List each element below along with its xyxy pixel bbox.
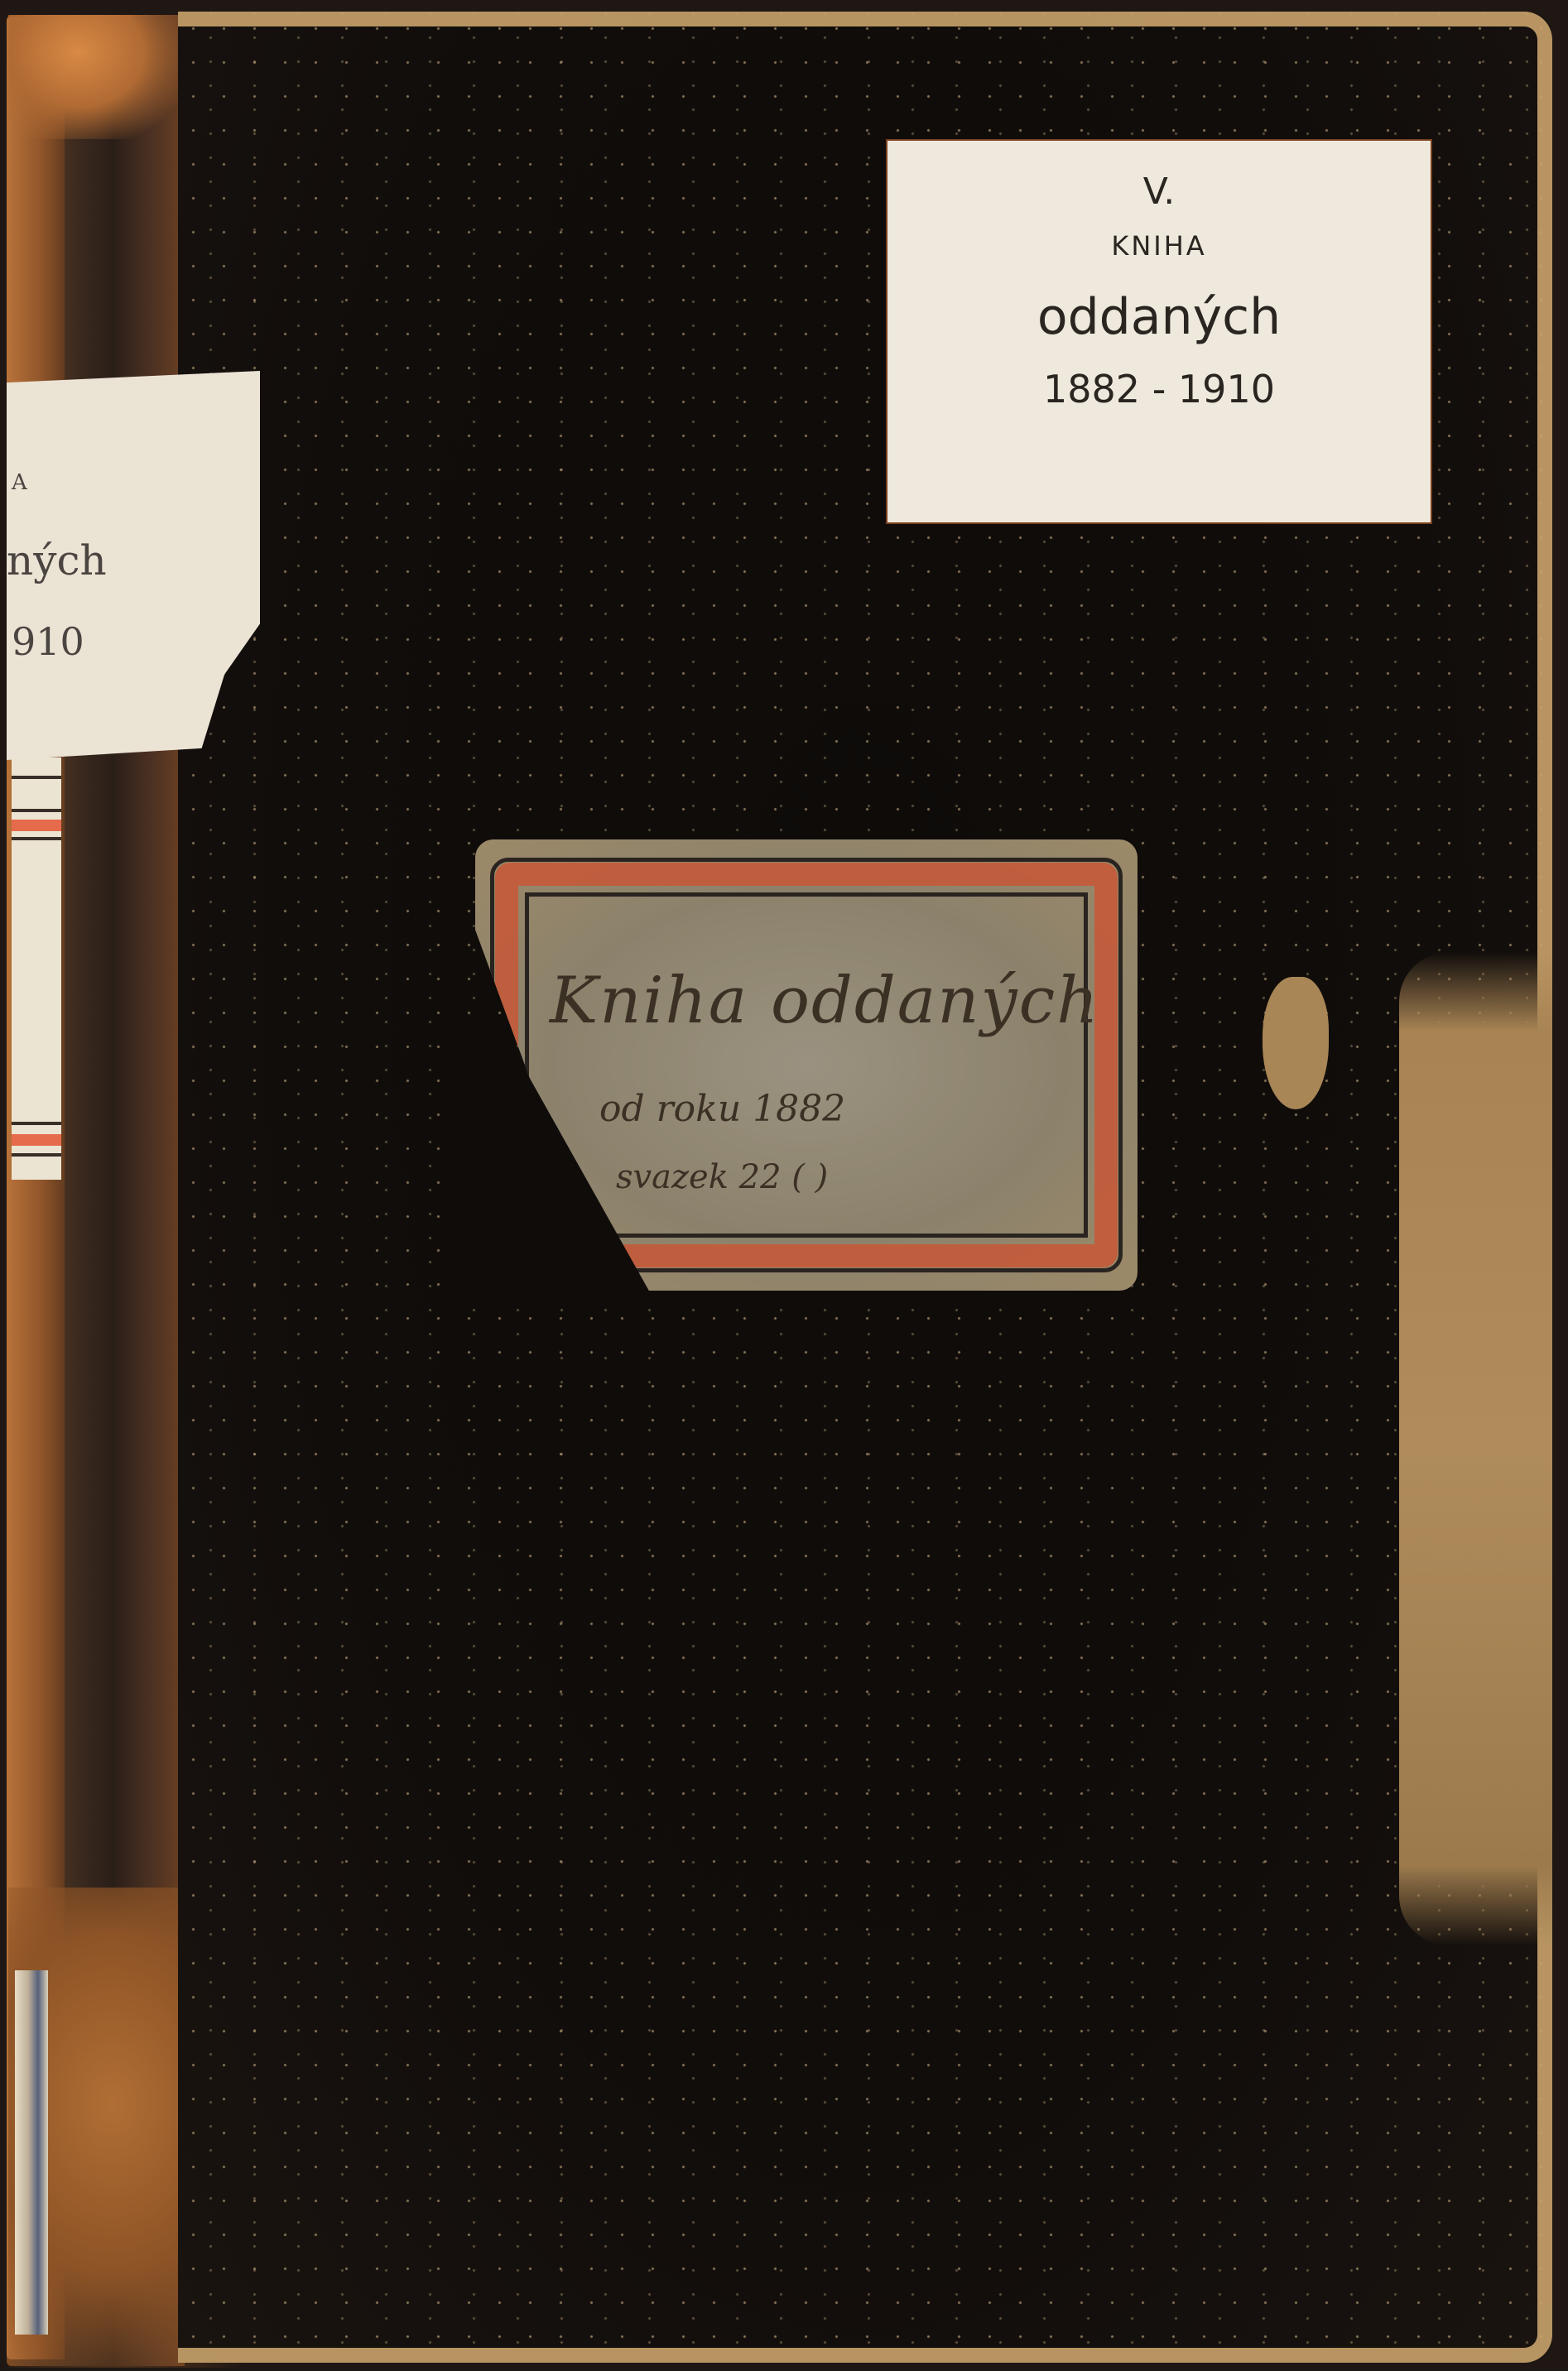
label-kniha: KNIHA [886,230,1432,262]
band-red-stripe [12,1134,61,1146]
label-handwritten-year: od roku 1882 [599,1088,845,1130]
label-title: oddaných [886,288,1432,346]
label-handwritten-volume: svazek 22 ( ) [616,1158,828,1196]
archive-label: V. KNIHA oddaných 1882 - 1910 [886,139,1432,524]
page-block-edge [15,1970,48,2335]
band-line [12,776,61,779]
volume-numeral: V. [886,171,1432,213]
worn-right-area [1399,952,1552,1945]
band-line [12,837,61,840]
band-red-stripe [12,820,61,831]
band-line [12,1122,61,1125]
spine-lower-label [12,757,61,1180]
band-line [12,809,61,812]
worn-patch [1263,977,1329,1109]
spine-label-line2: ných [7,536,107,584]
label-handwritten-title: Kniha oddaných [550,964,1100,1038]
label-years: 1882 - 1910 [886,367,1432,411]
spine-label-line3: 910 [12,619,84,664]
band-line [12,1153,61,1157]
spine-top-wear [8,15,182,139]
spine-label-line1: A [12,470,27,495]
